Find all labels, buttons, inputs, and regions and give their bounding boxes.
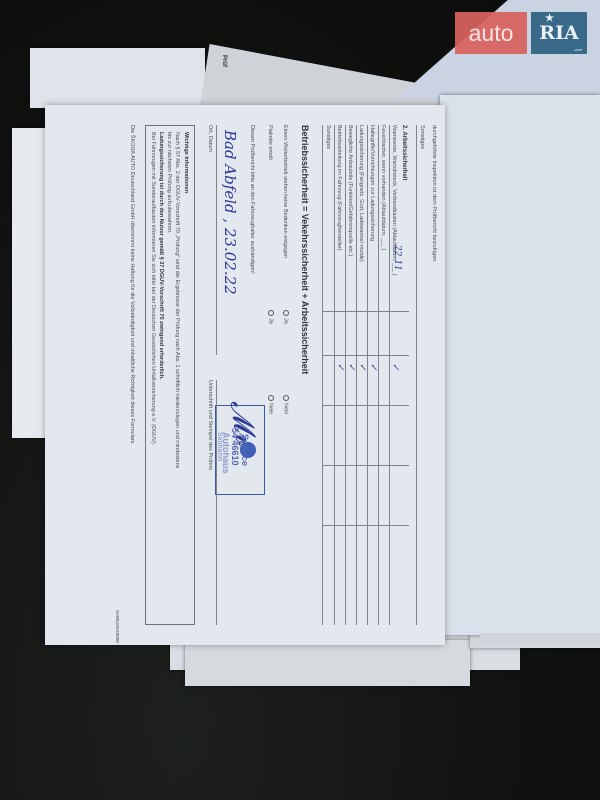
work-item: Ladungssicherung (Fangnetz, Gurt, Ladewa…	[358, 125, 364, 262]
question-label: Plakette erteilt	[267, 125, 273, 160]
question-label: Einem Weiterbetrieb stehen keine Bedenke…	[282, 125, 288, 258]
watermark-auto: auto	[455, 12, 527, 54]
work-item: Feuerlöscher, wenn vorhanden (Ablaufdatu…	[380, 125, 386, 250]
watermark-ria: ★ RIA .com	[531, 12, 587, 54]
form-top-sonstiges: Sonstiges	[419, 125, 425, 149]
main-heading: Betriebssicherheit = Vekehrssicherheit +…	[300, 125, 310, 374]
radio-ja[interactable]: Ja	[283, 310, 289, 324]
check-mark: ✓	[357, 363, 367, 371]
check-mark: ✓	[335, 363, 345, 371]
footer-code: SA05U0XX0000	[115, 610, 120, 643]
radio-nein[interactable]: Nein	[268, 395, 274, 414]
check-mark: ✓	[346, 363, 356, 371]
paper-sheet	[30, 48, 205, 108]
place-date-label: Ort, Datum	[207, 125, 213, 152]
check-mark: ✓	[368, 363, 378, 371]
paper-sheet	[185, 640, 470, 686]
info-box: Wichtige Informationen Nach § 57 Abs. 2 …	[145, 125, 195, 625]
check-mark: ✓	[390, 363, 400, 371]
inspection-form: durchgeführte Inspektion ist dem Prüfber…	[45, 105, 445, 645]
autoria-watermark: auto ★ RIA .com	[455, 12, 587, 54]
sheet-label: Prüf	[221, 55, 227, 67]
star-icon: ★	[545, 13, 554, 24]
handwritten-date: 22.11	[392, 245, 402, 271]
work-item: Betriebsanleitung im Fahrzeug (Fahrzeugh…	[336, 125, 342, 251]
work-item: Bewegliche Anbauteile (Funktion/Gefahren…	[347, 125, 353, 256]
form-top-text: durchgeführte Inspektion ist dem Prüfber…	[431, 125, 437, 263]
radio-ja[interactable]: Ja	[268, 310, 274, 324]
work-item: Sonstiges	[325, 125, 331, 149]
signature-label: Unterschrift und Stempel des Prüfers	[207, 380, 213, 470]
handwritten-place-date: Bad Abfeld , 23.02.22	[221, 130, 239, 295]
disclaimer: Die ŠKODA AUTO Deutschland GmbH übernimm…	[129, 125, 135, 445]
service-stamp: Service 54 46610 Autohaus Salmann	[215, 405, 265, 495]
radio-nein[interactable]: Nein	[283, 395, 289, 414]
info-title: Wichtige Informationen	[183, 132, 189, 193]
section-2-title: 2. Arbeitssicherheit	[401, 125, 407, 180]
work-item: Haltegriffe/Vorrichtungen zur Ladungssic…	[369, 125, 375, 241]
paper-sheet-right	[440, 95, 600, 635]
handover-text: Diesen Prüfbericht bitte an den Fahrzeug…	[249, 125, 255, 274]
